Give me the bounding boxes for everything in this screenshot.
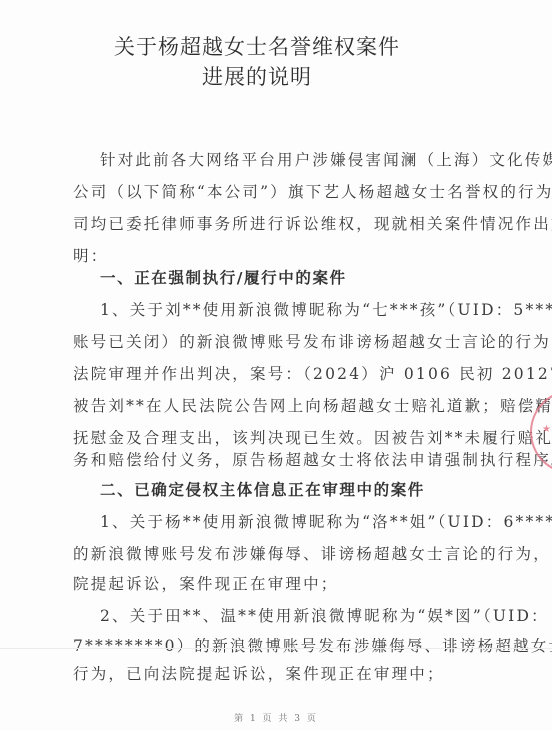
section1-item1-line: 抚慰金及合理支出，该判决现已生效。因被告刘**未履行赔礼道歉义	[73, 428, 473, 448]
section1-item1-line: 1、关于刘**使用新浪微博昵称为“七***孩”（UID：5********4，	[100, 300, 500, 320]
page-number-footer: 第 1 页 共 3 页	[0, 711, 552, 724]
intro-line: 司均已委托律师事务所进行诉讼维权，现就相关案件情况作出如下说	[73, 214, 473, 234]
section2-item2-line: 7********0）的新浪微博账号发布涉嫌侮辱、诽谤杨超越女士言论的	[73, 636, 473, 656]
section1-item1-line: 账号已关闭）的新浪微博账号发布诽谤杨超越女士言论的行为，已由	[73, 332, 473, 352]
intro-line: 公司（以下简称“本公司”）旗下艺人杨超越女士名誉权的行为，本公	[73, 182, 473, 202]
section2-item1-line: 1、关于杨**使用新浪微博昵称为“洛**姐”（UID：6********1）	[100, 512, 500, 532]
document-title-line2: 进展的说明	[0, 62, 514, 92]
intro-line: 明：	[73, 246, 473, 266]
section1-item1-line: 被告刘**在人民法院公告网上向杨超越女士赔礼道歉；赔偿精神损害	[73, 396, 473, 416]
document-title-line1: 关于杨超越女士名誉维权案件	[0, 32, 514, 62]
seal-icon: ★	[538, 398, 552, 462]
section1-item1-line: 法院审理并作出判决，案号：（2024）沪 0106 民初 20127 号，判令：	[73, 364, 473, 384]
scan-artifact-line	[0, 648, 552, 649]
section2-item2-line: 2、关于田**、温**使用新浪微博昵称为“娱*図”（UID：	[100, 606, 500, 626]
section2-item1-line: 院提起诉讼，案件现正在审理中；	[73, 574, 473, 594]
section1-item1-line: 务和赔偿给付义务，原告杨超越女士将依法申请强制执行程序。	[73, 450, 473, 470]
section2-item1-line: 的新浪微博账号发布涉嫌侮辱、诽谤杨超越女士言论的行为，已向法	[73, 544, 473, 564]
section2-item2-line: 行为，已向法院提起诉讼，案件现正在审理中；	[73, 664, 473, 684]
section2-heading: 二、已确定侵权主体信息正在审理中的案件	[100, 480, 500, 500]
intro-line: 针对此前各大网络平台用户涉嫌侵害闻澜（上海）文化传媒有限	[100, 150, 500, 170]
document-page: 关于杨超越女士名誉维权案件 进展的说明 针对此前各大网络平台用户涉嫌侵害闻澜（上…	[0, 0, 552, 731]
section1-heading: 一、正在强制执行/履行中的案件	[100, 268, 500, 288]
